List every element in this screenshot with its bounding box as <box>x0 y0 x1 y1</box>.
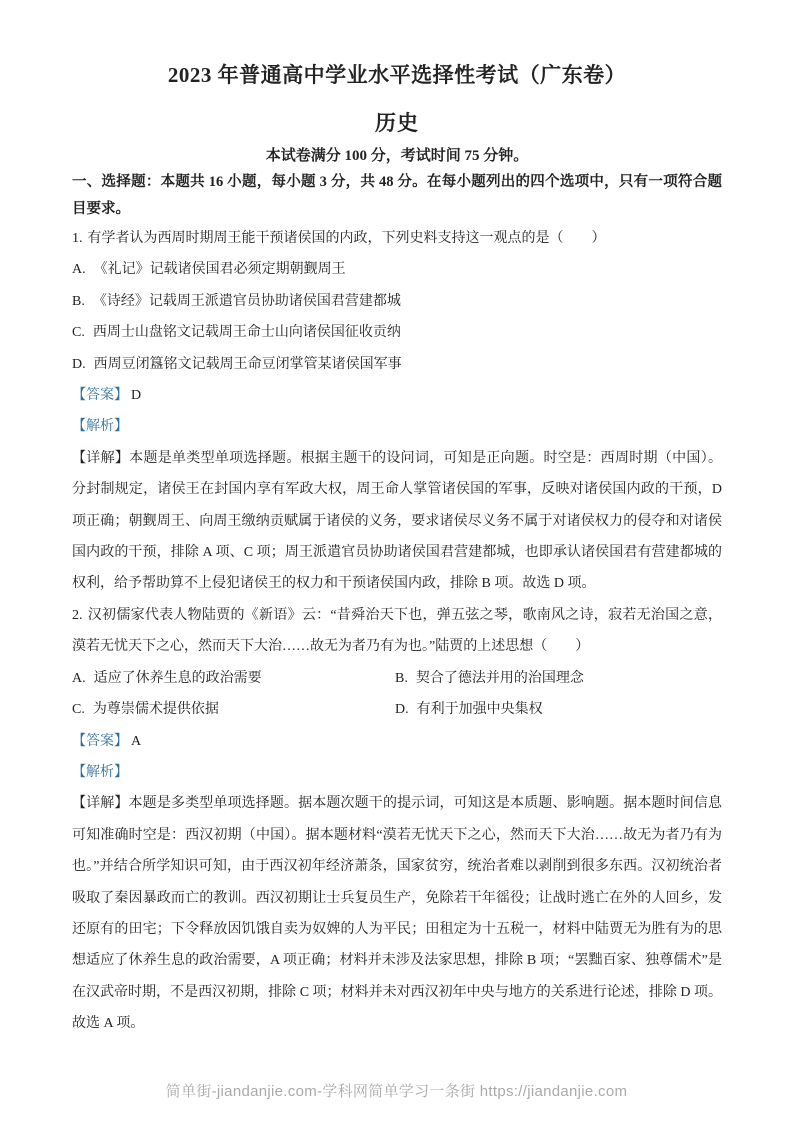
answer-label: 【答案】 <box>72 734 128 749</box>
question-2-stem: 2.汉初儒家代表人物陆贾的《新语》云：“昔舜治天下也，弹五弦之琴，歌南风之诗，寂… <box>72 600 722 663</box>
subject-title: 历史 <box>72 110 722 136</box>
analysis-label: 【解析】 <box>72 419 128 434</box>
option-a-text: 适应了休养生息的政治需要 <box>94 671 262 686</box>
option-b-label: B. <box>395 671 408 686</box>
question-2-options: A.适应了休养生息的政治需要 B.契合了德法并用的治国理念 C.为尊崇儒术提供依… <box>72 663 722 726</box>
question-2-option-c: C.为尊崇儒术提供依据 <box>72 694 395 725</box>
page-title: 2023 年普通高中学业水平选择性考试（广东卷） <box>72 62 722 88</box>
question-1-options: A.《礼记》记载诸侯国君必须定期朝觐周王 B.《诗经》记载周王派遣官员协助诸侯国… <box>72 254 722 380</box>
question-1-number: 1. <box>72 231 83 246</box>
question-2-option-b: B.契合了德法并用的治国理念 <box>395 663 722 694</box>
question-1-analysis-row: 【解析】 <box>72 411 722 442</box>
question-1-answer-row: 【答案】D <box>72 380 722 411</box>
analysis-label: 【解析】 <box>72 765 128 780</box>
option-d-text: 有利于加强中央集权 <box>417 702 543 717</box>
question-1-option-d: D.西周豆闭簋铭文记载周王命豆闭掌管某诸侯国军事 <box>72 349 722 380</box>
question-2-option-a: A.适应了休养生息的政治需要 <box>72 663 395 694</box>
question-2-answer: A <box>131 734 141 749</box>
option-a-label: A. <box>72 262 86 277</box>
option-c-text: 西周士山盘铭文记载周王命士山向诸侯国征收贡纳 <box>93 325 401 340</box>
question-1-stem-text: 有学者认为西周时期周王能干预诸侯国的内政，下列史料支持这一观点的是（ ） <box>88 231 606 246</box>
question-2-detail-text: 本题是多类型单项选择题。据本题次题干的提示词，可知这是本质题、影响题。据本题时间… <box>72 796 722 1031</box>
option-d-text: 西周豆闭簋铭文记载周王命豆闭掌管某诸侯国军事 <box>94 357 402 372</box>
question-1-option-a: A.《礼记》记载诸侯国君必须定期朝觐周王 <box>72 254 722 285</box>
exam-info-line: 本试卷满分 100 分，考试时间 75 分钟。 <box>72 145 722 167</box>
detail-label: 【详解】 <box>72 451 129 466</box>
section-1-instructions: 一、选择题：本题共 16 小题，每小题 3 分，共 48 分。在每小题列出的四个… <box>72 169 722 223</box>
question-1-answer: D <box>131 388 141 403</box>
answer-label: 【答案】 <box>72 388 128 403</box>
option-a-label: A. <box>72 671 86 686</box>
detail-label: 【详解】 <box>72 796 129 811</box>
option-b-text: 《诗经》记载周王派遣官员协助诸侯国君营建都城 <box>93 294 401 309</box>
question-2-answer-row: 【答案】A <box>72 726 722 757</box>
question-1-detail-text: 本题是单类型单项选择题。根据主题干的设问词，可知是正向题。时空是：西周时期（中国… <box>72 451 722 592</box>
questions-area: 1.有学者认为西周时期周王能干预诸侯国的内政，下列史料支持这一观点的是（ ） A… <box>72 223 722 1040</box>
question-2-stem-text: 汉初儒家代表人物陆贾的《新语》云：“昔舜治天下也，弹五弦之琴，歌南风之诗，寂若无… <box>72 608 722 654</box>
question-2-detail: 【详解】本题是多类型单项选择题。据本题次题干的提示词，可知这是本质题、影响题。据… <box>72 788 722 1039</box>
option-b-text: 契合了德法并用的治国理念 <box>416 671 584 686</box>
question-1-option-c: C.西周士山盘铭文记载周王命士山向诸侯国征收贡纳 <box>72 317 722 348</box>
option-d-label: D. <box>72 357 86 372</box>
question-1-stem: 1.有学者认为西周时期周王能干预诸侯国的内政，下列史料支持这一观点的是（ ） <box>72 223 722 254</box>
question-1-option-b: B.《诗经》记载周王派遣官员协助诸侯国君营建都城 <box>72 286 722 317</box>
option-c-text: 为尊崇儒术提供依据 <box>93 702 219 717</box>
option-c-label: C. <box>72 325 85 340</box>
question-2-number: 2. <box>72 608 83 623</box>
question-2-analysis-row: 【解析】 <box>72 757 722 788</box>
option-a-text: 《礼记》记载诸侯国君必须定期朝觐周王 <box>94 262 346 277</box>
question-1-detail: 【详解】本题是单类型单项选择题。根据主题干的设问词，可知是正向题。时空是：西周时… <box>72 443 722 600</box>
question-2-option-d: D.有利于加强中央集权 <box>395 694 722 725</box>
option-b-label: B. <box>72 294 85 309</box>
option-c-label: C. <box>72 702 85 717</box>
exam-document-page: 2023 年普通高中学业水平选择性考试（广东卷） 历史 本试卷满分 100 分，… <box>0 0 793 1122</box>
option-d-label: D. <box>395 702 409 717</box>
question-2: 2.汉初儒家代表人物陆贾的《新语》云：“昔舜治天下也，弹五弦之琴，歌南风之诗，寂… <box>72 600 722 1040</box>
question-1: 1.有学者认为西周时期周王能干预诸侯国的内政，下列史料支持这一观点的是（ ） A… <box>72 223 722 600</box>
watermark-footer: 简单街-jiandanjie.com-学科网简单学习一条街 https://ji… <box>0 1080 793 1101</box>
